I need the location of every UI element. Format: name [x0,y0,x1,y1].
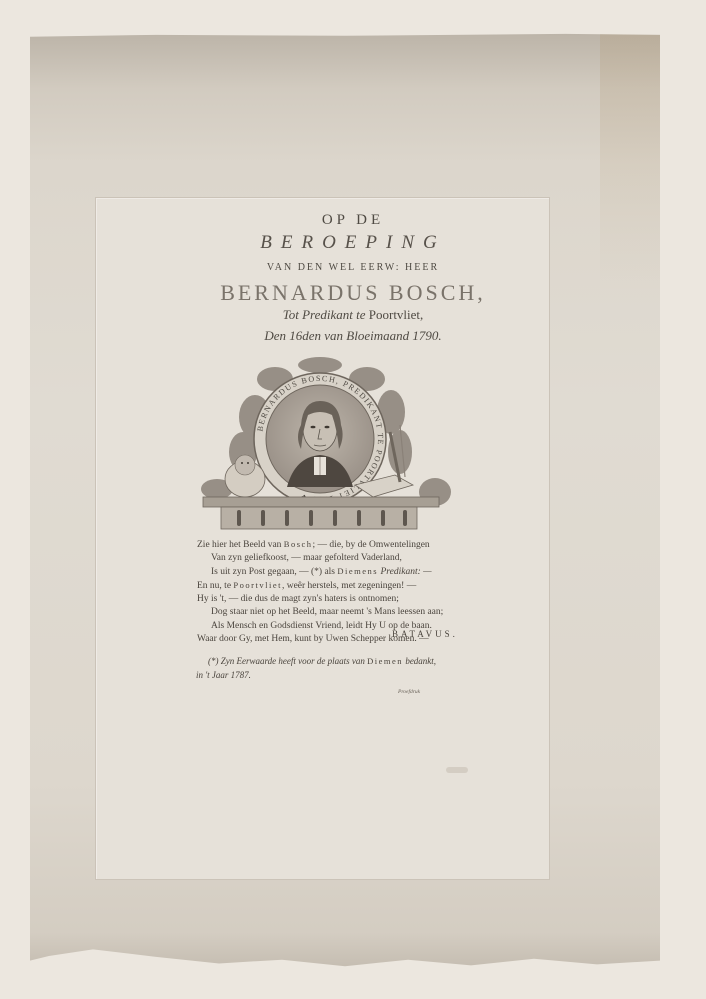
footnote-line: (*) Zyn Eerwaarde heeft voor de plaats v… [196,654,476,668]
poem-line: En nu, te Poortvliet, weêr herstels, met… [197,579,467,593]
author-signature: BATAVUS. [392,629,458,639]
title-predikant-italic: Tot Predikant te [283,307,366,322]
title-van-den-wel-eerw: VAN DEN WEL EERW: HEER [0,262,706,273]
footnote-line: in 't Jaar 1787. [196,668,476,682]
poem-line: Zie hier het Beeld van Bosch; — die, by … [197,538,467,552]
title-op-de: OP DE [0,212,706,229]
portrait-medallion-icon: BERNARDUS BOSCH, PREDIKANT TE POORTVLIET… [195,357,455,532]
poem-line: Dog staar niet op het Beeld, maar neemt … [197,606,467,619]
poem-line: Hy is 't, — die dus de magt zyn's haters… [197,593,467,606]
title-predikant: Tot Predikant te Poortvliet, [0,307,706,323]
portrait-vignette: BERNARDUS BOSCH, PREDIKANT TE POORTVLIET… [195,357,455,532]
title-name: BERNARDUS BOSCH, [0,280,706,306]
title-beroeping: BEROEPING [0,232,706,254]
title-place: Poortvliet, [369,307,424,322]
title-date: Den 16den van Bloeimaand 1790. [0,328,706,344]
proof-mark: Proefdruk [398,689,420,695]
footnote: (*) Zyn Eerwaarde heeft voor de plaats v… [196,654,476,682]
poem-line: Is uit zyn Post gegaan, — (*) als Diemen… [197,565,467,579]
poem-line: Van zyn geliefkoost, — maar gefolterd Va… [197,552,467,565]
paper-smudge [446,767,468,773]
